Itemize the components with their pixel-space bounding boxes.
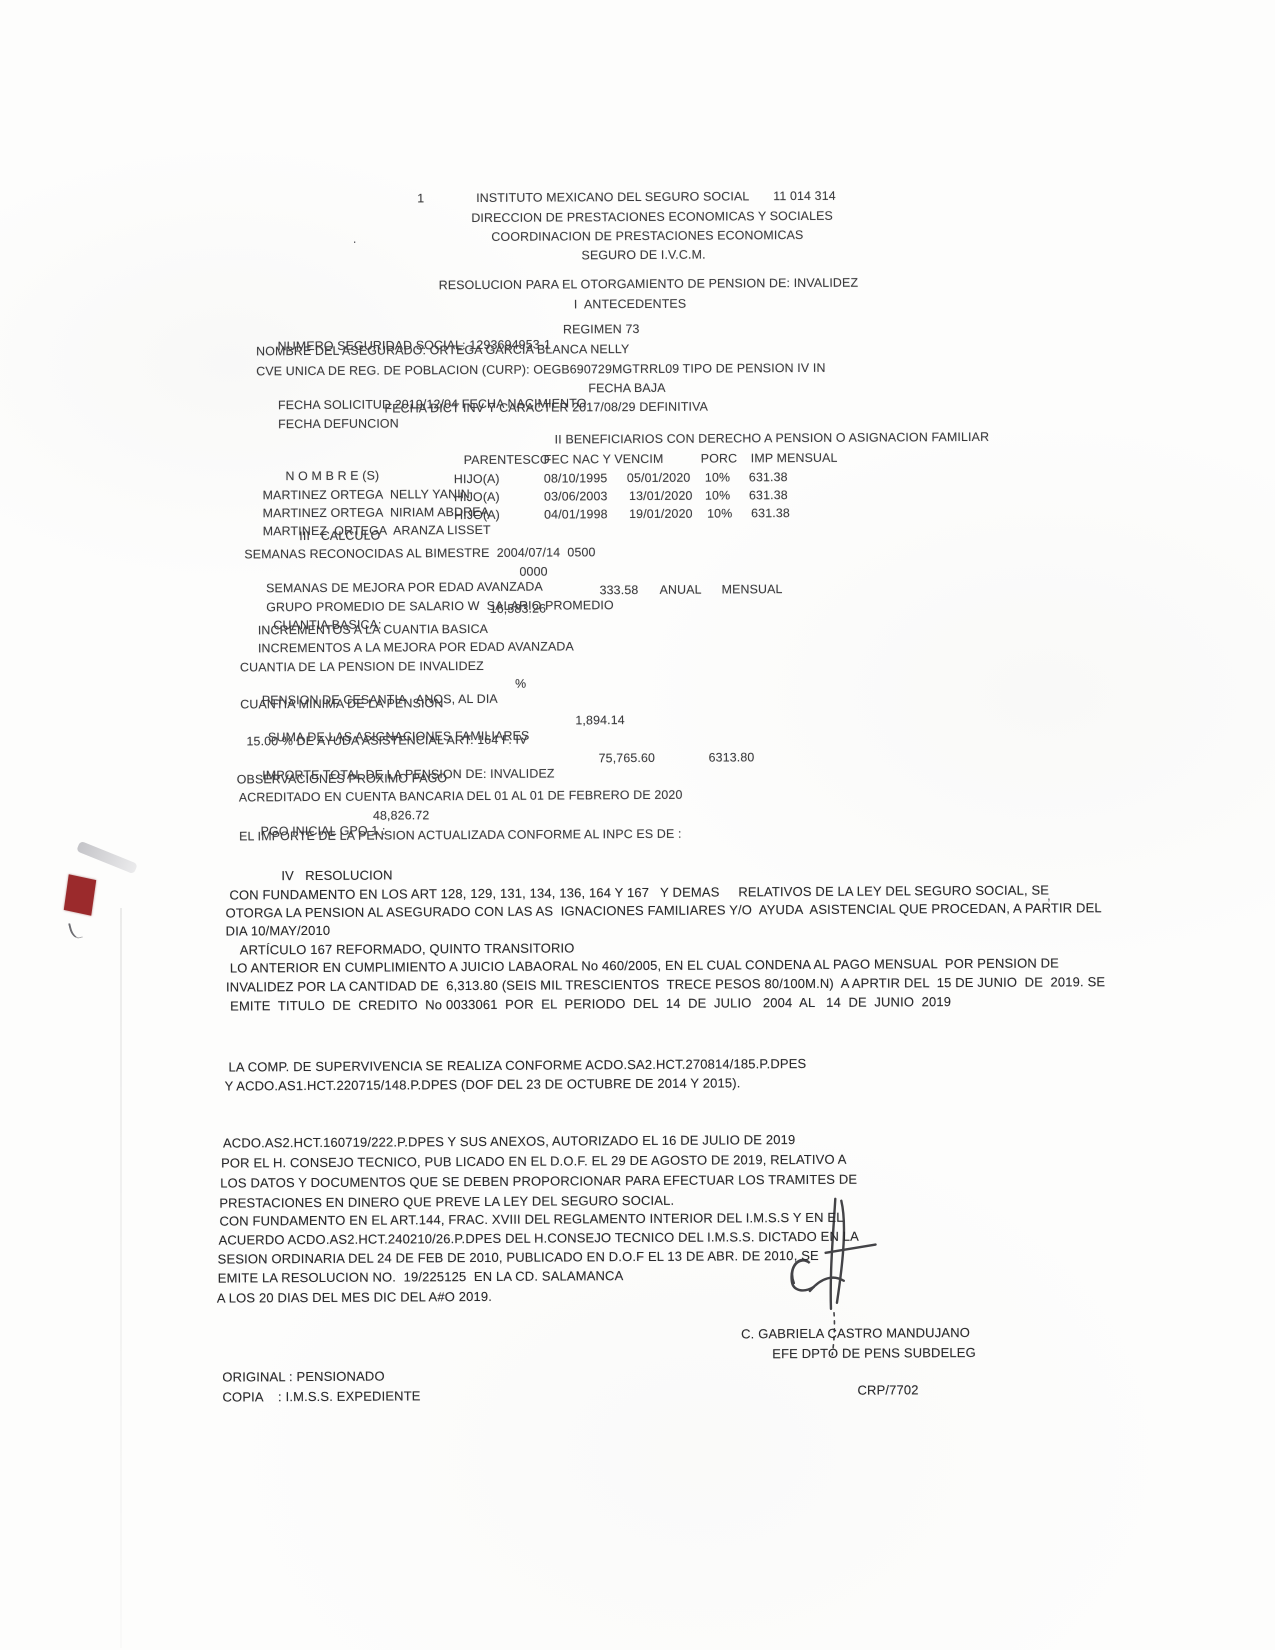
cell-vencimiento: 19/01/2020	[629, 507, 693, 522]
cell-porcentaje: 10%	[707, 506, 732, 521]
col-header-parentesco: PARENTESCO	[464, 453, 550, 469]
cell-importe: 631.38	[751, 506, 790, 521]
institute-name: INSTITUTO MEXICANO DEL SEGURO SOCIAL	[476, 189, 749, 206]
importe-total-anual: 75,765.60	[599, 751, 656, 766]
document-content: 1 INSTITUTO MEXICANO DEL SEGURO SOCIAL 1…	[0, 0, 1275, 1650]
cell-porcentaje: 10%	[705, 470, 730, 485]
red-stamp-mark	[64, 874, 96, 915]
footer-copia: COPIA : I.M.S.S. EXPEDIENTE	[222, 1388, 420, 1404]
line-semanas-reconocidas: SEMANAS RECONOCIDAS AL BIMESTRE 2004/07/…	[244, 545, 595, 562]
resolucion-p5-line4: EMITE LA RESOLUCION NO. 19/225125 EN LA …	[218, 1268, 624, 1285]
dept-line-3: SEGURO DE I.V.C.M.	[581, 248, 705, 264]
resolucion-p3-line1: LA COMP. DE SUPERVIVENCIA SE REALIZA CON…	[228, 1056, 806, 1075]
resolucion-p1-line3: DIA 10/MAY/2010	[226, 923, 331, 939]
dept-line-2: COORDINACION DE PRESTACIONES ECONOMICAS	[491, 228, 803, 245]
cell-importe: 631.38	[749, 470, 788, 485]
scan-speck: ·	[352, 234, 356, 249]
resolucion-p2-line2: INVALIDEZ POR LA CANTIDAD DE 6,313.80 (S…	[226, 974, 1105, 994]
field-regimen: REGIMEN 73	[563, 322, 640, 337]
importe-total-mensual: 6313.80	[709, 750, 755, 765]
section-1-heading: I ANTECEDENTES	[574, 297, 687, 313]
footer-crp-code: CRP/7702	[857, 1382, 918, 1397]
fecha-defuncion-value: FECHA DEFUNCION	[278, 416, 399, 431]
cell-fec-nac: 03/06/2003	[544, 489, 608, 504]
line-observaciones: OBSERVACIONES PROXIMO PAGO	[237, 771, 448, 787]
resolucion-articulo: ARTÍCULO 167 REFORMADO, QUINTO TRANSITOR…	[240, 940, 575, 957]
cell-fec-nac: 04/01/1998	[544, 507, 608, 522]
fold-line	[120, 908, 122, 1648]
resolucion-p1-line2: OTORGA LA PENSION AL ASEGURADO CON LAS A…	[225, 900, 1101, 920]
col-header-imp-mensual: IMP MENSUAL	[751, 451, 838, 467]
field-curp: CVE UNICA DE REG. DE POBLACION (CURP): O…	[256, 361, 825, 379]
signatory-name: C. GABRIELA CASTRO MANDUJANO	[741, 1325, 970, 1341]
signatory-title: EFE DPTO DE PENS SUBDELEG	[772, 1345, 976, 1361]
cell-vencimiento: 05/01/2020	[627, 471, 691, 486]
resolucion-p5-line5: A LOS 20 DIAS DEL MES DIC DEL A#O 2019.	[217, 1289, 492, 1306]
page-number: 1	[417, 191, 424, 206]
line-cuantia-minima: CUANTIA MINIMA DE LA PENSION	[240, 696, 443, 712]
scan-speck: ’	[1047, 895, 1050, 910]
cell-parentesco: HIJO(A)	[454, 490, 500, 505]
line-acreditado: ACREDITADO EN CUENTA BANCARIA DEL 01 AL …	[239, 788, 683, 806]
resolucion-p2-line3: EMITE TITULO DE CREDITO No 0033061 POR E…	[230, 994, 951, 1013]
col-mensual: MENSUAL	[722, 582, 783, 597]
field-fecha-dictamen: FECHA DICT INV Y CARACTER 2017/08/29 DEF…	[384, 400, 708, 417]
section-2-heading: II BENEFICIARIOS CON DERECHO A PENSION O…	[555, 430, 990, 448]
col-header-fec-nac: FEC NAC Y VENCIM	[544, 452, 664, 468]
section-4-heading: IV RESOLUCION	[281, 867, 392, 883]
field-nombre-asegurado: NOMBRE DEL ASEGURADO: ORTEGA GARCIA BLAN…	[256, 342, 629, 359]
pension-cesantia-pct: %	[515, 677, 526, 692]
line-incrementos-mejora: INCREMENTOS A LA MEJORA POR EDAD AVANZAD…	[258, 639, 574, 656]
resolucion-p4-line3: LOS DATOS Y DOCUMENTOS QUE SE DEBEN PROP…	[220, 1172, 857, 1191]
resolucion-p3-line2: Y ACDO.AS1.HCT.220715/148.P.DPES (DOF DE…	[225, 1075, 741, 1093]
resolucion-p1-line1: CON FUNDAMENTO EN LOS ART 128, 129, 131,…	[229, 882, 1049, 902]
line-cuantia-invalidez: CUANTIA DE LA PENSION DE INVALIDEZ	[240, 659, 484, 675]
pago-inicial-value: 48,826.72	[373, 808, 430, 823]
cuantia-basica-value: 16,583.26	[490, 602, 547, 617]
dept-line-1: DIRECCION DE PRESTACIONES ECONOMICAS Y S…	[471, 209, 833, 226]
cell-parentesco: HIJO(A)	[454, 508, 500, 523]
cell-parentesco: HIJO(A)	[454, 472, 500, 487]
resolucion-p2-line1: LO ANTERIOR EN CUMPLIMIENTO A JUICIO LAB…	[230, 955, 1059, 975]
scanned-document-page: 1 INSTITUTO MEXICANO DEL SEGURO SOCIAL 1…	[0, 0, 1275, 1650]
cell-vencimiento: 13/01/2020	[629, 489, 693, 504]
cell-porcentaje: 10%	[705, 488, 730, 503]
resolucion-p5-line1: CON FUNDAMENTO EN EL ART.144, FRAC. XVII…	[219, 1210, 843, 1229]
doc-folio: 11 014 314	[773, 189, 836, 204]
line-incrementos-cuantia: INCREMENTOS A LA CUANTIA BASICA	[258, 622, 488, 638]
line-ayuda-asistencial: 15.00 % DE AYUDA ASISTENCIAL ART. 164 F.…	[246, 733, 527, 750]
col-header-porc: PORC	[701, 451, 737, 466]
semanas-mejora-value: 0000	[519, 565, 547, 580]
resolucion-p4-line4: PRESTACIONES EN DINERO QUE PREVE LA LEY …	[219, 1193, 674, 1211]
resolucion-p4-line1: ACDO.AS2.HCT.160719/222.P.DPES Y SUS ANE…	[223, 1132, 795, 1150]
section-3-heading: III CALCULO	[299, 529, 380, 544]
line-inpc: EL IMPORTE DE LA PENSION ACTUALIZADA CON…	[239, 827, 682, 845]
footer-original: ORIGINAL : PENSIONADO	[222, 1369, 384, 1385]
col-anual: ANUAL	[660, 583, 702, 598]
resolucion-p5-line3: SESION ORDINARIA DEL 24 DE FEB DE 2010, …	[218, 1248, 819, 1267]
doc-title: RESOLUCION PARA EL OTORGAMIENTO DE PENSI…	[439, 276, 859, 294]
cell-importe: 631.38	[749, 488, 788, 503]
cell-fec-nac: 08/10/1995	[544, 471, 608, 486]
resolucion-p4-line2: POR EL H. CONSEJO TECNICO, PUB LICADO EN…	[221, 1152, 847, 1171]
suma-asignaciones-value: 1,894.14	[575, 713, 625, 728]
salario-promedio-value: 333.58	[600, 583, 639, 598]
field-fecha-baja: FECHA BAJA	[588, 381, 665, 396]
